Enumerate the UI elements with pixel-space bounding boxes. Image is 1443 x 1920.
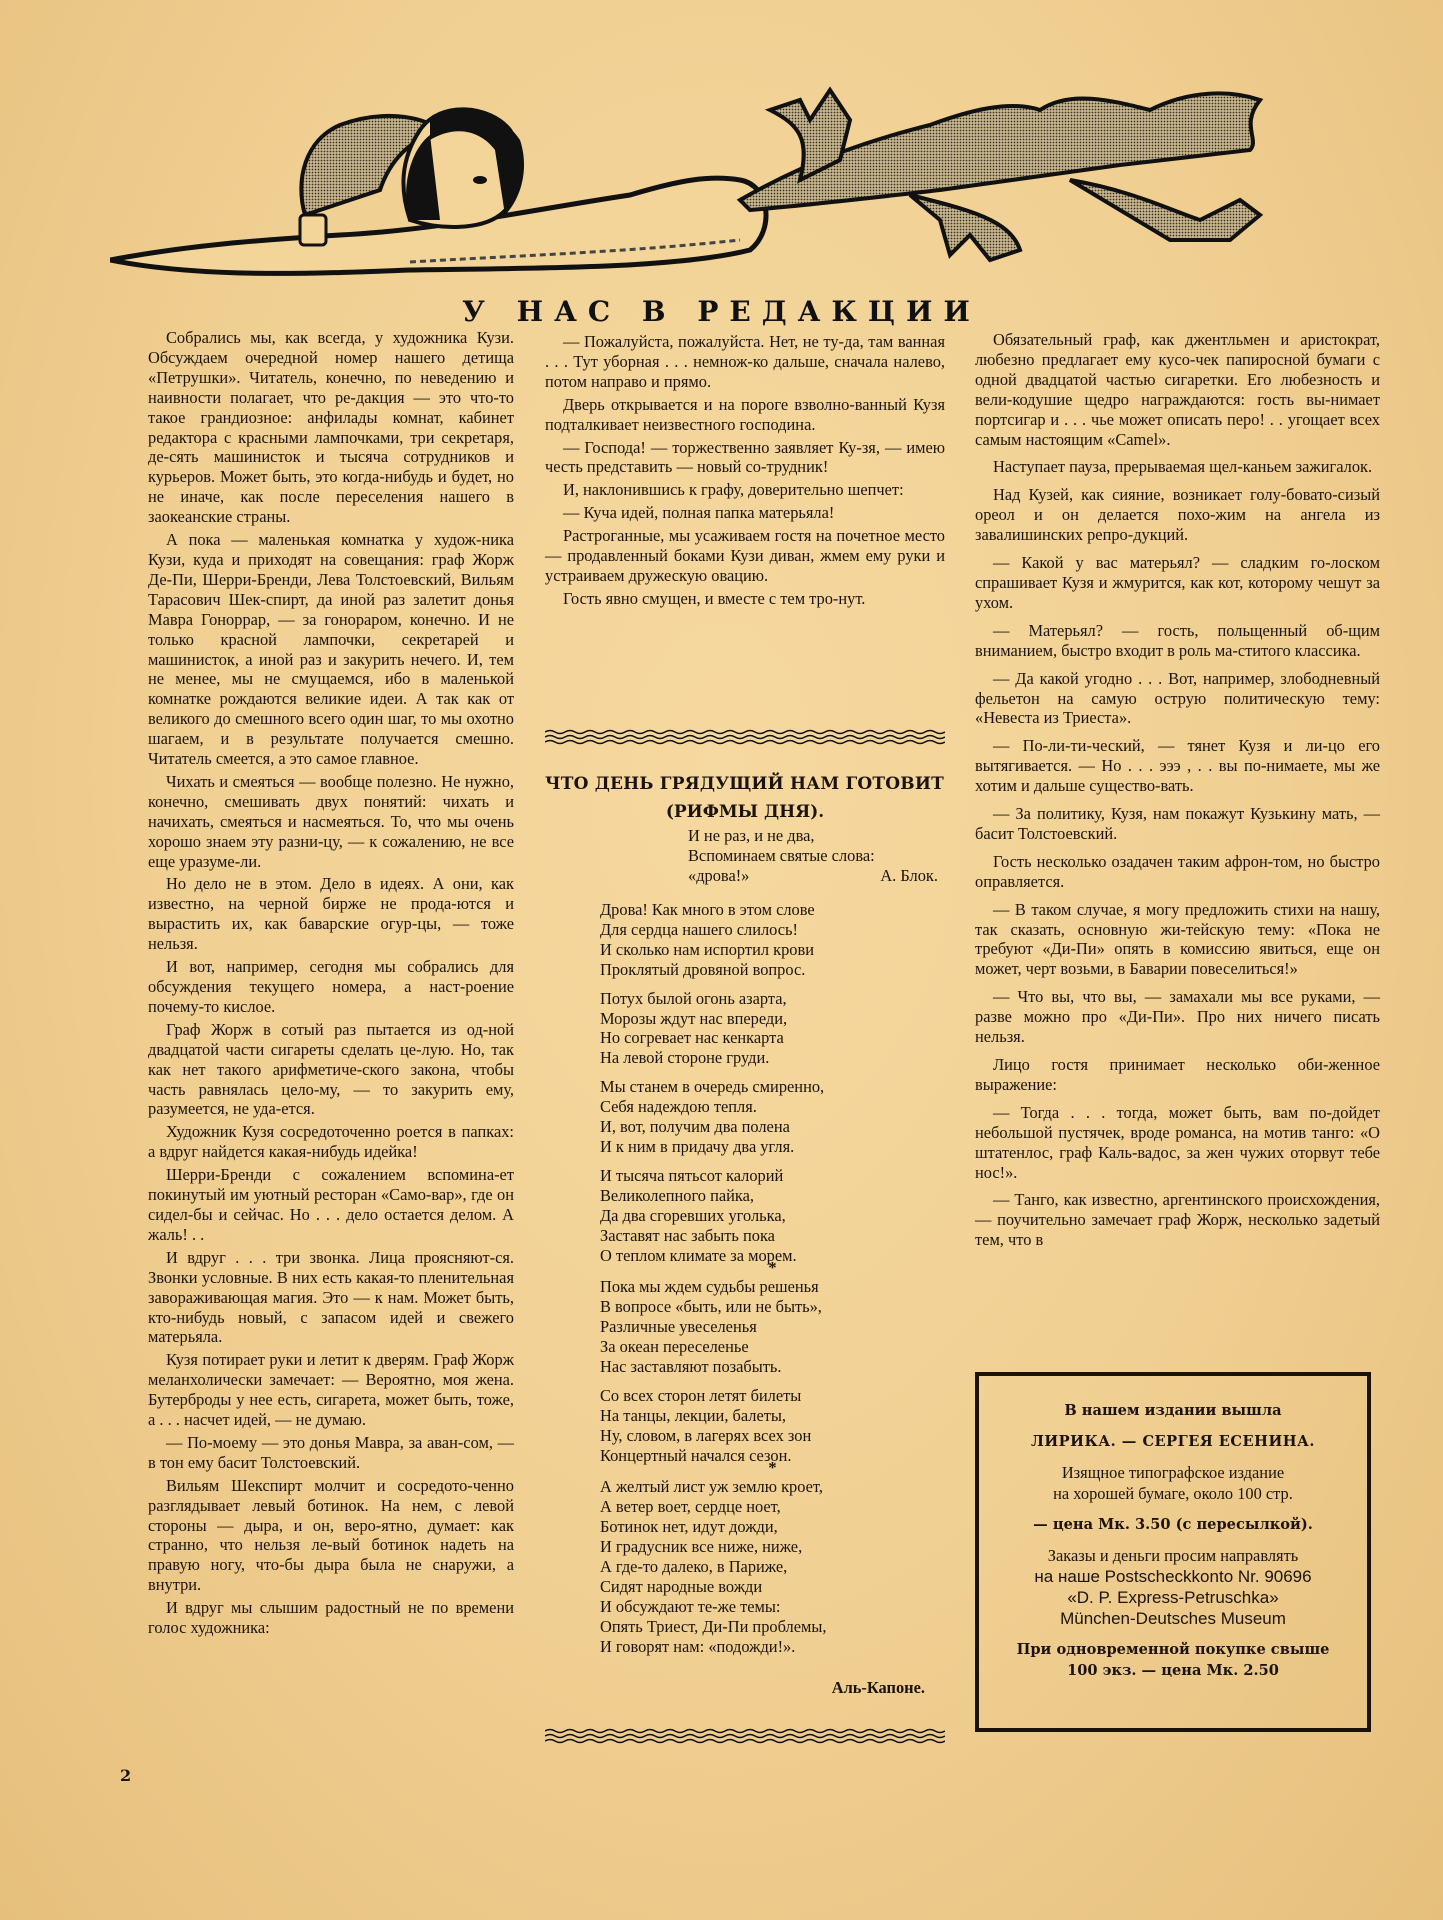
paragraph: Наступает пауза, прерываемая щел-каньем … bbox=[975, 457, 1380, 477]
poem-author: Аль-Капоне. bbox=[545, 1678, 925, 1698]
paragraph: — Какой у вас матерьял? — сладким го-лос… bbox=[975, 553, 1380, 613]
poem-line: Да два сгоревших уголька, bbox=[600, 1206, 945, 1226]
ad-heading: В нашем издании вышла bbox=[979, 1400, 1367, 1421]
paragraph: И вдруг мы слышим радостный не по времен… bbox=[148, 1598, 514, 1638]
epigraph-line: «дрова!» bbox=[688, 866, 749, 886]
poem-line: Ну, словом, в лагерях всех зон bbox=[600, 1426, 945, 1446]
paragraph: Кузя потирает руки и летит к дверям. Гра… bbox=[148, 1350, 514, 1430]
paragraph: Дверь открывается и на пороге взволно-ва… bbox=[545, 395, 945, 435]
poem-line: Потух былой огонь азарта, bbox=[600, 989, 945, 1009]
poem-line: Мы станем в очередь смиренно, bbox=[600, 1077, 945, 1097]
paragraph: — Куча идей, полная папка матерьяла! bbox=[545, 503, 945, 523]
poem-stanza: А желтый лист уж землю кроет,А ветер вое… bbox=[600, 1477, 945, 1656]
paragraph: Шерри-Бренди с сожалением вспомина-ет по… bbox=[148, 1165, 514, 1245]
poem-epigraph: И не раз, и не два, Вспоминаем святые сл… bbox=[688, 826, 938, 886]
poem-line: Сидят народные вожди bbox=[600, 1577, 945, 1597]
poem-line: А желтый лист уж землю кроет, bbox=[600, 1477, 945, 1497]
poem-stanza: Со всех сторон летят билетыНа танцы, лек… bbox=[600, 1386, 945, 1466]
article-column-right: Обязательный граф, как джентльмен и арис… bbox=[975, 330, 1380, 1258]
poem-stanza: Дрова! Как много в этом словеДля сердца … bbox=[600, 900, 945, 980]
poem-line: И тысяча пятьсот калорий bbox=[600, 1166, 945, 1186]
page-title: У НАС В РЕДАКЦИИ bbox=[0, 295, 1443, 328]
paragraph: Обязательный граф, как джентльмен и арис… bbox=[975, 330, 1380, 449]
paragraph: А пока — маленькая комнатка у худож-ника… bbox=[148, 530, 514, 769]
paragraph: — По-ли-ти-ческий, — тянет Кузя и ли-цо … bbox=[975, 736, 1380, 796]
poem-line: Пока мы ждем судьбы решенья bbox=[600, 1277, 945, 1297]
paragraph: — Господа! — торжественно заявляет Ку-зя… bbox=[545, 438, 945, 478]
paragraph: Гость несколько озадачен таким афрон-том… bbox=[975, 852, 1380, 892]
poem-line: Великолепного пайка, bbox=[600, 1186, 945, 1206]
ad-order-text: Заказы и деньги просим направлять bbox=[979, 1545, 1367, 1566]
paragraph: Чихать и смеяться — вообще полезно. Не н… bbox=[148, 772, 514, 872]
paragraph: Растроганные, мы усаживаем гостя на поче… bbox=[545, 526, 945, 586]
poem-body: Дрова! Как много в этом словеДля сердца … bbox=[600, 900, 945, 1666]
paragraph: — В таком случае, я могу предложить стих… bbox=[975, 900, 1380, 980]
paragraph: — Что вы, что вы, — замахали мы все рука… bbox=[975, 987, 1380, 1047]
paragraph: И вдруг . . . три звонка. Лица проясняют… bbox=[148, 1248, 514, 1348]
poem-line: А где-то далеко, в Париже, bbox=[600, 1557, 945, 1577]
poem-line: Дрова! Как много в этом слове bbox=[600, 900, 945, 920]
article-column-middle: — Пожалуйста, пожалуйста. Нет, не ту-да,… bbox=[545, 332, 945, 612]
poem-stanza: Мы станем в очередь смиренно,Себя надежд… bbox=[600, 1077, 945, 1157]
paragraph: И вот, например, сегодня мы собрались дл… bbox=[148, 957, 514, 1017]
paragraph: — Да какой угодно . . . Вот, например, з… bbox=[975, 669, 1380, 729]
poem-line: На танцы, лекции, балеты, bbox=[600, 1406, 945, 1426]
poem-line: Проклятый дровяной вопрос. bbox=[600, 960, 945, 980]
poem-line: Морозы ждут нас впереди, bbox=[600, 1009, 945, 1029]
poem-title: ЧТО ДЕНЬ ГРЯДУЩИЙ НАМ ГОТОВИТ (РИФМЫ ДНЯ… bbox=[545, 770, 945, 826]
poem-subtitle: (РИФМЫ ДНЯ). bbox=[666, 802, 824, 822]
paragraph: Граф Жорж в сотый раз пытается из од-ной… bbox=[148, 1020, 514, 1120]
paragraph: — Матерьял? — гость, польщенный об-щим в… bbox=[975, 621, 1380, 661]
poem-line: На левой стороне груди. bbox=[600, 1048, 945, 1068]
poem-line: И, вот, получим два полена bbox=[600, 1117, 945, 1137]
paragraph: Но дело не в этом. Дело в идеях. А они, … bbox=[148, 874, 514, 954]
paragraph: Лицо гостя принимает несколько оби-женно… bbox=[975, 1055, 1380, 1095]
paragraph: Над Кузей, как сияние, возникает голу-бо… bbox=[975, 485, 1380, 545]
poem-line: В вопросе «быть, или не быть», bbox=[600, 1297, 945, 1317]
poem-line: И градусник все ниже, ниже, bbox=[600, 1537, 945, 1557]
ad-address: München-Deutsches Museum bbox=[979, 1608, 1367, 1629]
paragraph: — За политику, Кузя, нам покажут Кузькин… bbox=[975, 804, 1380, 844]
paragraph: И, наклонившись к графу, доверительно ше… bbox=[545, 480, 945, 500]
paragraph: Собрались мы, как всегда, у художника Ку… bbox=[148, 328, 514, 527]
epigraph-line: Вспоминаем святые слова: bbox=[688, 846, 938, 866]
poem-line: И сколько нам испортил крови bbox=[600, 940, 945, 960]
poem-line: Для сердца нашего слилось! bbox=[600, 920, 945, 940]
poem-stanza: Потух былой огонь азарта,Морозы ждут нас… bbox=[600, 989, 945, 1069]
epigraph-line: И не раз, и не два, bbox=[688, 826, 938, 846]
paragraph: — По-моему — это донья Мавра, за аван-со… bbox=[148, 1433, 514, 1473]
wavy-divider bbox=[545, 728, 945, 746]
article-column-left: Собрались мы, как всегда, у художника Ку… bbox=[148, 328, 514, 1641]
paragraph: — Пожалуйста, пожалуйста. Нет, не ту-да,… bbox=[545, 332, 945, 392]
poem-line: И обсуждают те-же темы: bbox=[600, 1597, 945, 1617]
paragraph: Художник Кузя сосредоточенно роется в па… bbox=[148, 1122, 514, 1162]
wavy-divider bbox=[545, 1727, 945, 1745]
ad-account: на наше Postscheckkonto Nr. 90696 bbox=[979, 1566, 1367, 1587]
poem-line: Заставят нас забыть пока bbox=[600, 1226, 945, 1246]
poem-line: И говорят нам: «подожди!». bbox=[600, 1637, 945, 1657]
poem-line: За океан переселенье bbox=[600, 1337, 945, 1357]
poem-line: А ветер воет, сердце ноет, bbox=[600, 1497, 945, 1517]
poem-line: И к ним в придачу два угля. bbox=[600, 1137, 945, 1157]
poem-title-line: ЧТО ДЕНЬ ГРЯДУЩИЙ НАМ ГОТОВИТ bbox=[545, 770, 945, 798]
paragraph: Вильям Шекспирт молчит и сосредото-ченно… bbox=[148, 1476, 514, 1595]
poem-line: Опять Триест, Ди-Пи проблемы, bbox=[600, 1617, 945, 1637]
poem-line: Себя надеждою тепля. bbox=[600, 1097, 945, 1117]
advertisement-box: В нашем издании вышла ЛИРИКА. — СЕРГЕЯ Е… bbox=[975, 1372, 1371, 1732]
poem-line: Ботинок нет, идут дожди, bbox=[600, 1517, 945, 1537]
ad-publisher: «D. P. Express-Petruschka» bbox=[979, 1587, 1367, 1608]
paragraph: — Танго, как известно, аргентинского про… bbox=[975, 1190, 1380, 1250]
ad-description: Изящное типографское издание bbox=[979, 1462, 1367, 1483]
epigraph-attribution: А. Блок. bbox=[880, 866, 938, 886]
parsley-leaves-icon bbox=[740, 90, 1260, 260]
paragraph: Гость явно смущен, и вместе с тем тро-ну… bbox=[545, 589, 945, 609]
page-number: 2 bbox=[120, 1766, 131, 1785]
poem-line: Со всех сторон летят билеты bbox=[600, 1386, 945, 1406]
poem-line: Различные увеселенья bbox=[600, 1317, 945, 1337]
ad-book-title: ЛИРИКА. — СЕРГЕЯ ЕСЕНИНА. bbox=[979, 1431, 1367, 1452]
ad-bulk-price: 100 экз. — цена Мк. 2.50 bbox=[979, 1660, 1367, 1681]
ad-description: на хорошей бумаге, около 100 стр. bbox=[979, 1483, 1367, 1504]
poem-stanza: И тысяча пятьсот калорийВеликолепного па… bbox=[600, 1166, 945, 1266]
ad-bulk-offer: При одновременной покупке свыше bbox=[979, 1639, 1367, 1660]
poem-line: Нас заставляют позабыть. bbox=[600, 1357, 945, 1377]
poem-line: Но согревает нас кенкарта bbox=[600, 1028, 945, 1048]
header-illustration bbox=[110, 30, 1370, 280]
poem-stanza: Пока мы ждем судьбы решеньяВ вопросе «бы… bbox=[600, 1277, 945, 1377]
paragraph: — Тогда . . . тогда, может быть, вам по-… bbox=[975, 1103, 1380, 1183]
ad-price: — цена Мк. 3.50 (с пересылкой). bbox=[979, 1514, 1367, 1535]
